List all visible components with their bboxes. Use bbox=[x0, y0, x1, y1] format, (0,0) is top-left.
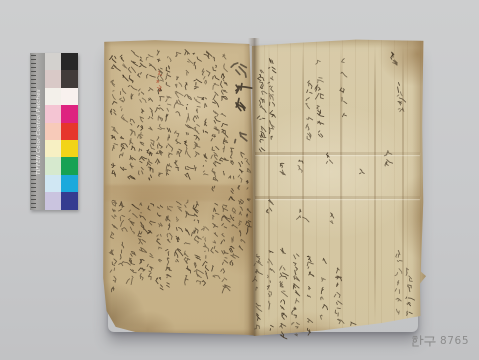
color-patch-tint-row3 bbox=[45, 88, 61, 105]
manuscript-book: 漢陽歌 bbox=[102, 36, 426, 338]
catalog-label: 한구 8765 bbox=[412, 334, 469, 348]
right-page-crease bbox=[302, 44, 304, 324]
left-page-fold-stain bbox=[104, 185, 252, 201]
color-patch-solid-row6 bbox=[61, 140, 78, 157]
photo-canvas: TIFFEN Color Control Patches 漢陽歌 한구 bbox=[0, 0, 479, 360]
color-patch-tint-row1 bbox=[45, 53, 61, 70]
color-patch-tint-row9 bbox=[45, 192, 61, 209]
color-patch-solid-row4 bbox=[61, 105, 78, 122]
color-patch-tint-row8 bbox=[45, 175, 61, 192]
color-patch-tint-row2 bbox=[45, 70, 61, 87]
right-page-crease bbox=[402, 44, 404, 324]
color-patch-solid-row7 bbox=[61, 157, 78, 174]
ruler-brand-text: TIFFEN Color Control Patches bbox=[36, 89, 43, 175]
right-page-crease bbox=[340, 44, 342, 324]
color-patch-tint-row4 bbox=[45, 105, 61, 122]
color-patch-solid-row2 bbox=[61, 70, 78, 87]
right-page-crease bbox=[268, 44, 270, 324]
calibration-ruler: TIFFEN Color Control Patches bbox=[30, 53, 45, 210]
color-patch-tint-row6 bbox=[45, 140, 61, 157]
color-patch-solid-row8 bbox=[61, 175, 78, 192]
color-patch-solid-row3 bbox=[61, 88, 78, 105]
catalog-label-digits: 8765 bbox=[440, 335, 469, 347]
patch-grid bbox=[45, 53, 78, 210]
color-patch-solid-row1 bbox=[61, 53, 78, 70]
color-patch-tint-row5 bbox=[45, 123, 61, 140]
right-page bbox=[252, 36, 426, 338]
right-page-fold bbox=[255, 152, 420, 155]
hangul-hangu-glyphs bbox=[412, 335, 436, 347]
book-gutter bbox=[248, 38, 260, 336]
color-calibration-target: TIFFEN Color Control Patches bbox=[30, 53, 78, 210]
left-page bbox=[102, 38, 254, 338]
color-patch-tint-row7 bbox=[45, 157, 61, 174]
color-patch-solid-row9 bbox=[61, 192, 78, 209]
right-page-crease bbox=[374, 44, 376, 324]
color-patch-solid-row5 bbox=[61, 123, 78, 140]
right-page-fold bbox=[255, 196, 420, 199]
